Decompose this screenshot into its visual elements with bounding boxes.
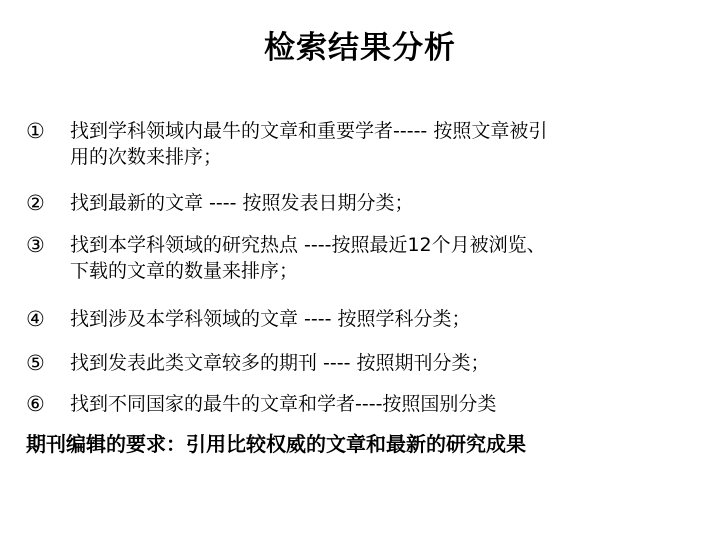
list-item-2: ② 找到最新的文章 ---- 按照发表日期分类； [26,190,706,216]
item-line: 找到最新的文章 ---- 按照发表日期分类； [70,190,706,216]
item-marker: ② [26,190,62,216]
list-item-3: ③ 找到本学科领域的研究热点 ----按照最近12个月被浏览、 下载的文章的数量… [26,232,706,284]
footer-note: 期刊编辑的要求：引用比较权威的文章和最新的研究成果 [26,430,706,458]
item-line: 找到不同国家的最牛的文章和学者----按照国别分类 [70,391,706,417]
item-marker: ⑥ [26,391,62,417]
list-item-5: ⑤ 找到发表此类文章较多的期刊 ---- 按照期刊分类； [26,350,706,376]
item-marker: ④ [26,306,62,332]
item-line: 下载的文章的数量来排序； [70,258,706,284]
item-line: 找到学科领域内最牛的文章和重要学者----- 按照文章被引 [70,118,706,144]
list-item-4: ④ 找到涉及本学科领域的文章 ---- 按照学科分类； [26,306,706,332]
item-line: 找到发表此类文章较多的期刊 ---- 按照期刊分类； [70,350,706,376]
item-marker: ③ [26,232,62,258]
item-line: 找到本学科领域的研究热点 ----按照最近12个月被浏览、 [70,232,706,258]
slide-title: 检索结果分析 [0,28,720,68]
item-marker: ⑤ [26,350,62,376]
list-item-1: ① 找到学科领域内最牛的文章和重要学者----- 按照文章被引 用的次数来排序； [26,118,706,170]
item-line: 用的次数来排序； [70,144,706,170]
list-item-6: ⑥ 找到不同国家的最牛的文章和学者----按照国别分类 [26,391,706,417]
item-marker: ① [26,118,62,144]
item-line: 找到涉及本学科领域的文章 ---- 按照学科分类； [70,306,706,332]
